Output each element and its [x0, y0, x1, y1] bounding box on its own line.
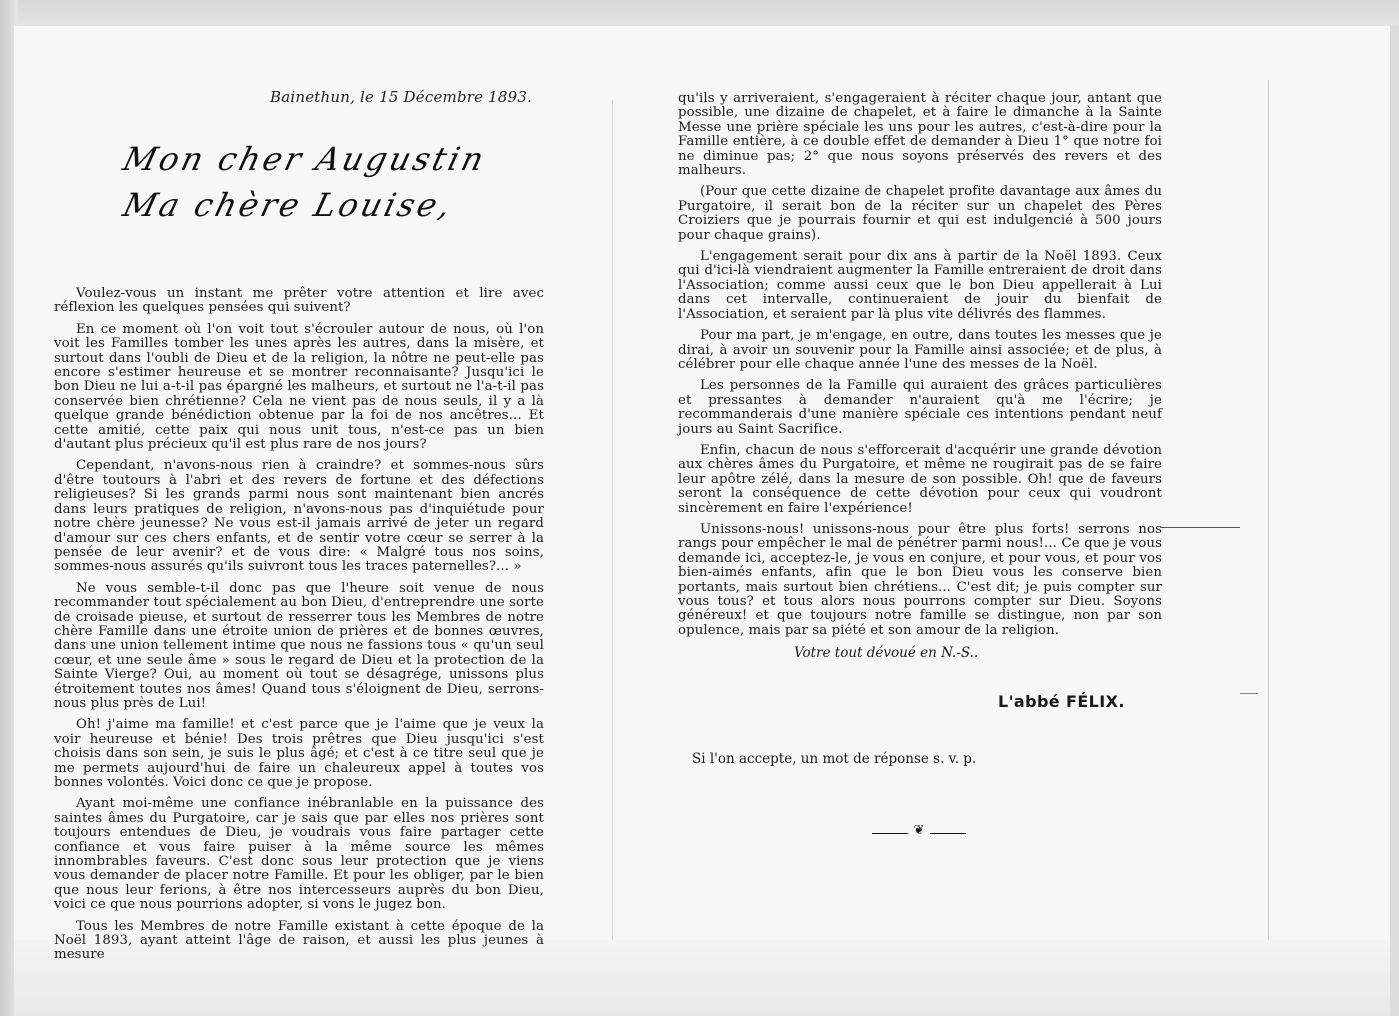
paragraph: (Pour que cette dizaine de chapelet prof…: [678, 185, 1162, 243]
paragraph: Unissons-nous! unissons-nous pour être p…: [678, 523, 1162, 638]
paragraph: Ayant moi-même une confiance inébranlabl…: [54, 797, 544, 912]
handwritten-salutation-line-2: Ma chère Louise,: [119, 186, 457, 224]
paragraph: Ne vous semble-t-il donc pas que l'heure…: [54, 582, 544, 712]
left-column-body: Voulez-vous un instant me prêter votre a…: [54, 287, 544, 970]
pen-strike-mark: [1160, 527, 1240, 528]
paragraph: Voulez-vous un instant me prêter votre a…: [54, 287, 544, 316]
fleuron-ornament: ❦: [872, 828, 966, 840]
signature: L'abbé FÉLIX.: [998, 692, 1125, 711]
paragraph: En ce moment où l'on voit tout s'écroule…: [54, 323, 544, 453]
paper-crease: [1268, 80, 1269, 980]
dateline: Bainethun, le 15 Décembre 1893.: [270, 88, 532, 106]
page-fold: [612, 100, 613, 1010]
scanner-background-top: [0, 0, 1399, 26]
paragraph: Les personnes de la Famille qui auraient…: [678, 379, 1162, 437]
sheet-edge-shadow: [1390, 26, 1399, 1016]
paragraph: Tous les Membres de notre Famille exista…: [54, 920, 544, 963]
paragraph: L'engagement serait pour dix ans à parti…: [678, 250, 1162, 322]
paragraph: Cependant, n'avons-nous rien à craindre?…: [54, 459, 544, 574]
postscript: Si l'on accepte, un mot de réponse s. v.…: [692, 751, 976, 767]
handwritten-salutation-line-1: Mon cher Augustin: [119, 140, 490, 178]
fleuron-icon: ❦: [908, 823, 930, 839]
paragraph: qu'ils y arriveraient, s'engageraient à …: [678, 92, 1162, 178]
paragraph: Oh! j'aime ma famille! et c'est parce qu…: [54, 718, 544, 790]
closing-line: Votre tout dévoué en N.-S..: [794, 645, 978, 661]
ornament-rule-right: [930, 833, 966, 834]
margin-mark: [1240, 693, 1258, 694]
paragraph: Pour ma part, je m'engage, en outre, dan…: [678, 329, 1162, 372]
paragraph: Enfin, chacun de nous s'efforcerait d'ac…: [678, 444, 1162, 516]
right-column-body: qu'ils y arriveraient, s'engageraient à …: [678, 92, 1162, 645]
ornament-rule-left: [872, 833, 908, 834]
